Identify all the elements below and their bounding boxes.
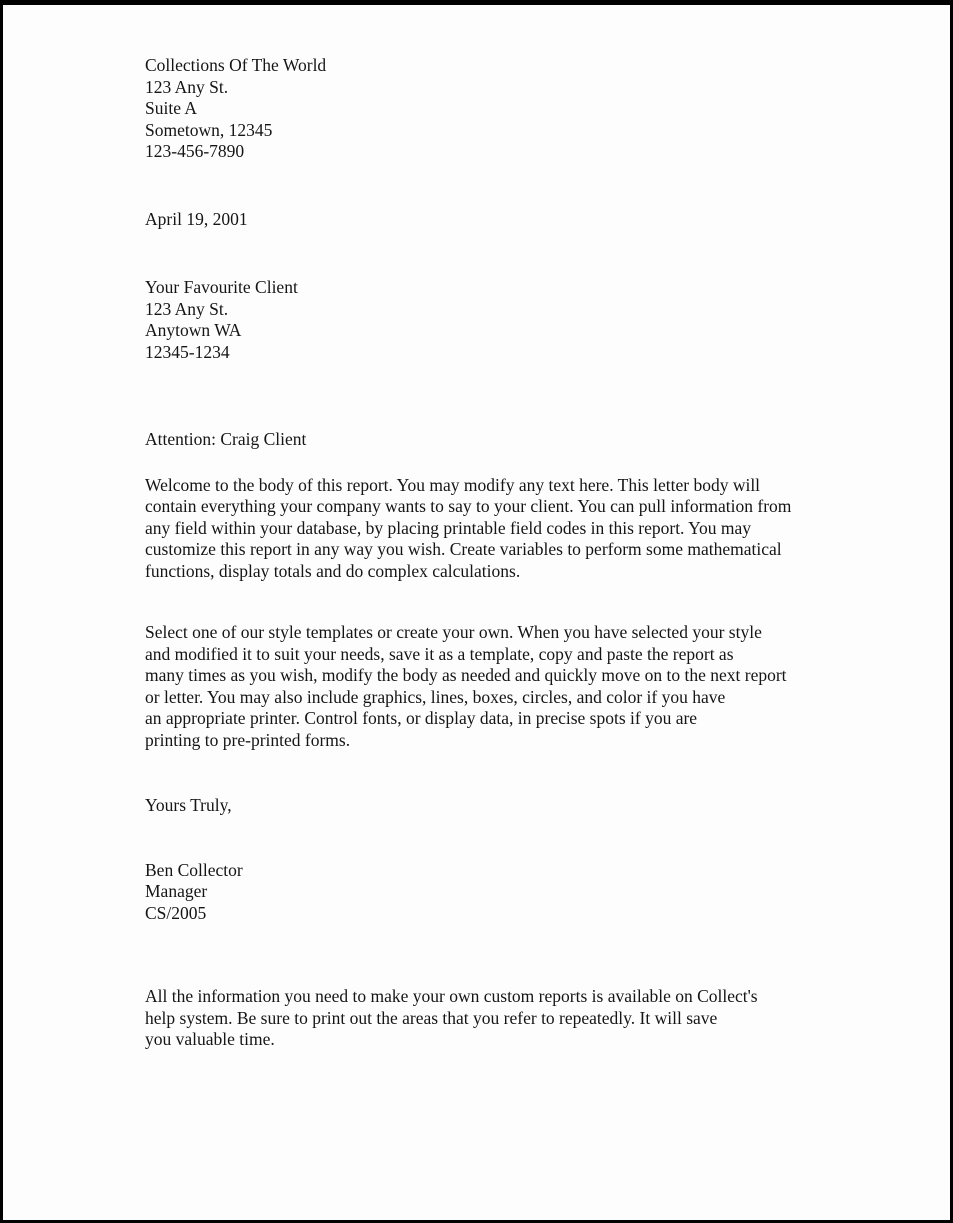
signature-code: CS/2005	[145, 903, 925, 925]
letter-date: April 19, 2001	[145, 209, 925, 231]
sender-address-block: Collections Of The World 123 Any St. Sui…	[145, 55, 925, 163]
letter-content: Collections Of The World 123 Any St. Sui…	[145, 55, 925, 1051]
attention-line: Attention: Craig Client	[145, 429, 925, 451]
body-paragraph-1: Welcome to the body of this report. You …	[145, 475, 925, 583]
signature-title: Manager	[145, 881, 925, 903]
recipient-name: Your Favourite Client	[145, 277, 925, 299]
letter-page: Collections Of The World 123 Any St. Sui…	[0, 0, 953, 1223]
sender-address-line1: 123 Any St.	[145, 77, 925, 99]
body-paragraph-2: Select one of our style templates or cre…	[145, 622, 925, 751]
recipient-address-line2: Anytown WA	[145, 320, 925, 342]
footer-paragraph: All the information you need to make you…	[145, 986, 925, 1051]
sender-address-line2: Suite A	[145, 98, 925, 120]
sender-address-line3: Sometown, 12345	[145, 120, 925, 142]
recipient-address-block: Your Favourite Client 123 Any St. Anytow…	[145, 277, 925, 363]
sender-company-name: Collections Of The World	[145, 55, 925, 77]
sender-phone: 123-456-7890	[145, 141, 925, 163]
signature-name: Ben Collector	[145, 860, 925, 882]
recipient-address-line3: 12345-1234	[145, 342, 925, 364]
signature-block: Ben Collector Manager CS/2005	[145, 860, 925, 925]
recipient-address-line1: 123 Any St.	[145, 299, 925, 321]
closing-salutation: Yours Truly,	[145, 795, 925, 817]
